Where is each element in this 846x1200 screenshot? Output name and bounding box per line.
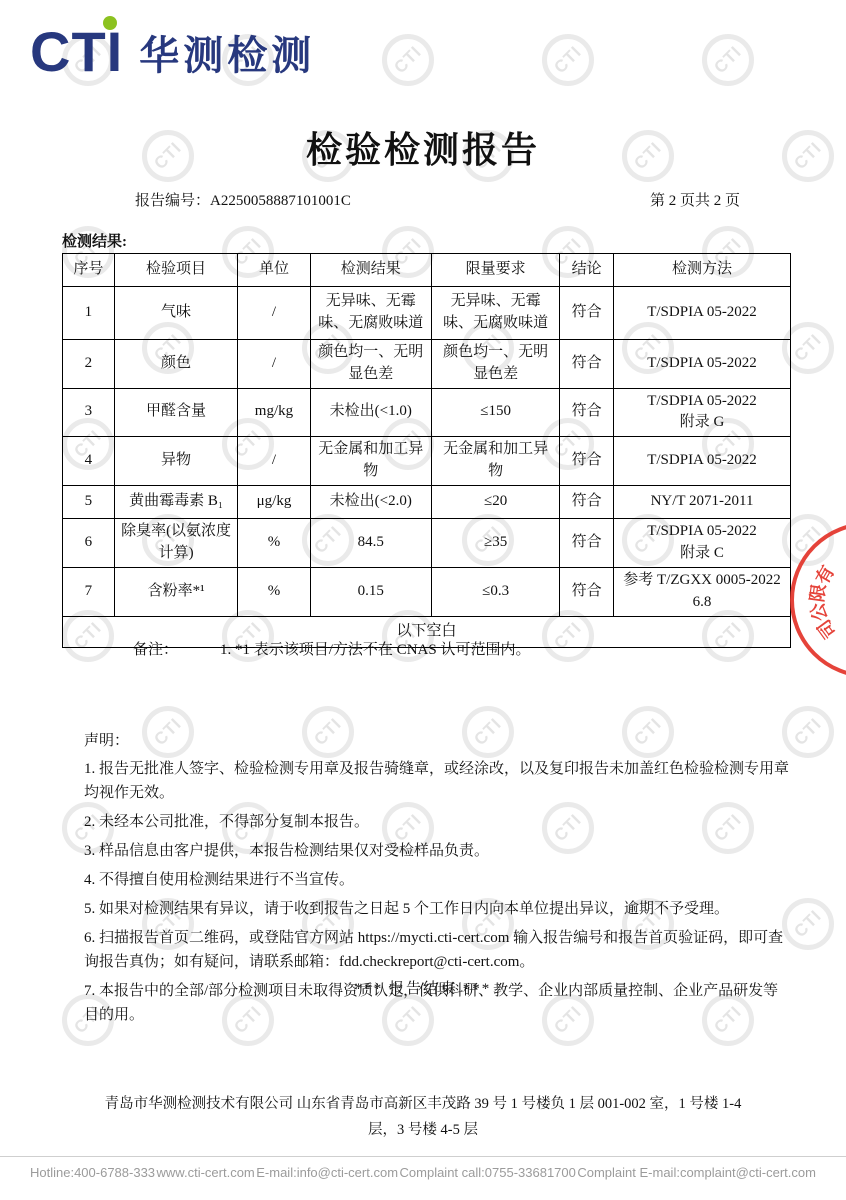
table-cell: 气味 <box>114 287 238 340</box>
table-cell: / <box>238 340 310 389</box>
declaration-item: 2. 未经本公司批准，不得部分复制本报告。 <box>84 810 792 834</box>
table-cell: 无异味、无霉味、无腐败味道 <box>432 287 560 340</box>
table-cell: 未检出(<2.0) <box>310 485 432 518</box>
contact-bar-item: E-mail:info@cti-cert.com <box>256 1165 398 1180</box>
results-table: 序号检验项目单位检测结果限量要求结论检测方法 1气味/无异味、无霉味、无腐败味道… <box>62 253 791 648</box>
table-row: 3甲醛含量mg/kg未检出(<1.0)≤150符合T/SDPIA 05-2022… <box>63 388 791 437</box>
remark-label: 备注： <box>133 638 178 659</box>
table-header-cell: 结论 <box>560 254 614 287</box>
cti-logo-chinese-name: 华测检测 <box>139 36 315 78</box>
declaration-title: 声明： <box>84 729 792 753</box>
seal-character: 公 <box>807 600 831 624</box>
table-cell: 4 <box>63 437 115 486</box>
page-indicator: 第 2 页共 2 页 <box>650 189 740 210</box>
table-row: 6除臭率(以氨浓度计算)%84.5≥35符合T/SDPIA 05-2022 附录… <box>63 518 791 567</box>
table-cell: 无金属和加工异物 <box>310 437 432 486</box>
table-cell: 符合 <box>560 567 614 616</box>
table-cell: T/SDPIA 05-2022 附录 C <box>614 518 791 567</box>
declaration-item: 4. 不得擅自使用检测结果进行不当宣传。 <box>84 868 792 892</box>
table-header-cell: 检测结果 <box>310 254 432 287</box>
table-cell: / <box>238 287 310 340</box>
remark-text: 1. *1 表示该项目/方法不在 CNAS 认可范围内。 <box>220 638 530 659</box>
table-cell: % <box>238 518 310 567</box>
table-cell: ≤150 <box>432 388 560 437</box>
table-cell: T/SDPIA 05-2022 <box>614 340 791 389</box>
results-section-label: 检测结果: <box>62 230 127 251</box>
declaration-item: 1. 报告无批准人签字、检验检测专用章及报告骑缝章，或经涂改，以及复印报告未加盖… <box>84 757 792 805</box>
table-cell: 5 <box>63 485 115 518</box>
report-number: 报告编号：A2250058887101001C <box>135 189 351 210</box>
table-row: 4异物/无金属和加工异物无金属和加工异物符合T/SDPIA 05-2022 <box>63 437 791 486</box>
report-page: CTICTICTICTICTICTICTICTICTICTICTICTICTIC… <box>0 0 846 1200</box>
seal-character: 司 <box>813 615 841 643</box>
table-cell: 符合 <box>560 518 614 567</box>
table-cell: mg/kg <box>238 388 310 437</box>
table-cell: 含粉率*¹ <box>114 567 238 616</box>
report-meta-row: 报告编号：A2250058887101001C 第 2 页共 2 页 <box>135 189 740 210</box>
table-cell: 无异味、无霉味、无腐败味道 <box>310 287 432 340</box>
contact-bar-item: Complaint E-mail:complaint@cti-cert.com <box>577 1165 816 1180</box>
seal-character: 限 <box>807 582 830 605</box>
table-header-cell: 检测方法 <box>614 254 791 287</box>
table-cell: 黄曲霉毒素 B₁ <box>114 485 238 518</box>
cti-watermark-icon: CTI <box>702 34 754 86</box>
table-cell: 颜色 <box>114 340 238 389</box>
company-address: 青岛市华测检测技术有限公司 山东省青岛市高新区丰茂路 39 号 1 号楼负 1 … <box>103 1091 743 1143</box>
table-cell: 0.15 <box>310 567 432 616</box>
cti-logo: CTI 华测检测 <box>30 26 315 78</box>
cti-watermark-icon: CTI <box>382 34 434 86</box>
table-row: 2颜色/颜色均一、无明显色差颜色均一、无明显色差符合T/SDPIA 05-202… <box>63 340 791 389</box>
table-cell: 符合 <box>560 437 614 486</box>
table-cell: 符合 <box>560 287 614 340</box>
declaration-item: 3. 样品信息由客户提供，本报告检测结果仅对受检样品负责。 <box>84 839 792 863</box>
declaration-item: 6. 扫描报告首页二维码，或登陆官方网站 https://mycti.cti-c… <box>84 926 792 974</box>
table-cell: % <box>238 567 310 616</box>
report-number-label: 报告编号： <box>135 193 210 209</box>
table-header-cell: 限量要求 <box>432 254 560 287</box>
red-company-seal: 有限公司 <box>790 522 846 678</box>
table-cell: NY/T 2071-2011 <box>614 485 791 518</box>
table-cell: 除臭率(以氨浓度计算) <box>114 518 238 567</box>
table-cell: T/SDPIA 05-2022 <box>614 287 791 340</box>
table-cell: ≥35 <box>432 518 560 567</box>
contact-bar: Hotline:400-6788-333www.cti-cert.comE-ma… <box>0 1156 846 1180</box>
table-cell: T/SDPIA 05-2022 <box>614 437 791 486</box>
table-cell: ≤0.3 <box>432 567 560 616</box>
contact-bar-item: Complaint call:0755-33681700 <box>400 1165 576 1180</box>
table-cell: 符合 <box>560 388 614 437</box>
cti-logo-text: CTI <box>30 26 123 78</box>
contact-bar-item: Hotline:400-6788-333 <box>30 1165 155 1180</box>
report-end-marker: *** 报告结束 *** <box>0 977 846 998</box>
table-cell: T/SDPIA 05-2022 附录 G <box>614 388 791 437</box>
cti-watermark-icon: CTI <box>542 34 594 86</box>
table-row: 7含粉率*¹%0.15≤0.3符合参考 T/ZGXX 0005-2022 6.8 <box>63 567 791 616</box>
table-cell: 7 <box>63 567 115 616</box>
report-number-value: A2250058887101001C <box>210 193 351 209</box>
table-cell: 参考 T/ZGXX 0005-2022 6.8 <box>614 567 791 616</box>
table-cell: / <box>238 437 310 486</box>
table-cell: μg/kg <box>238 485 310 518</box>
table-cell: 1 <box>63 287 115 340</box>
table-cell: ≤20 <box>432 485 560 518</box>
table-cell: 3 <box>63 388 115 437</box>
table-row: 1气味/无异味、无霉味、无腐败味道无异味、无霉味、无腐败味道符合T/SDPIA … <box>63 287 791 340</box>
results-table-body: 1气味/无异味、无霉味、无腐败味道无异味、无霉味、无腐败味道符合T/SDPIA … <box>63 287 791 648</box>
table-cell: 符合 <box>560 485 614 518</box>
page-title: 检验检测报告 <box>0 122 846 173</box>
table-header-cell: 检验项目 <box>114 254 238 287</box>
table-header-cell: 序号 <box>63 254 115 287</box>
table-cell: 6 <box>63 518 115 567</box>
table-cell: 未检出(<1.0) <box>310 388 432 437</box>
table-cell: 异物 <box>114 437 238 486</box>
declaration-item: 5. 如果对检测结果有异议，请于收到报告之日起 5 个工作日内向本单位提出异议，… <box>84 897 792 921</box>
table-cell: 甲醛含量 <box>114 388 238 437</box>
table-cell: 无金属和加工异物 <box>432 437 560 486</box>
table-row: 5黄曲霉毒素 B₁μg/kg未检出(<2.0)≤20符合NY/T 2071-20… <box>63 485 791 518</box>
table-cell: 颜色均一、无明显色差 <box>310 340 432 389</box>
table-header-row: 序号检验项目单位检测结果限量要求结论检测方法 <box>63 254 791 287</box>
table-cell: 84.5 <box>310 518 432 567</box>
contact-bar-item: www.cti-cert.com <box>157 1165 255 1180</box>
table-cell: 颜色均一、无明显色差 <box>432 340 560 389</box>
table-header-cell: 单位 <box>238 254 310 287</box>
table-cell: 符合 <box>560 340 614 389</box>
remark-row: 备注： 1. *1 表示该项目/方法不在 CNAS 认可范围内。 <box>133 638 530 659</box>
table-cell: 2 <box>63 340 115 389</box>
seal-character: 有 <box>811 561 838 588</box>
